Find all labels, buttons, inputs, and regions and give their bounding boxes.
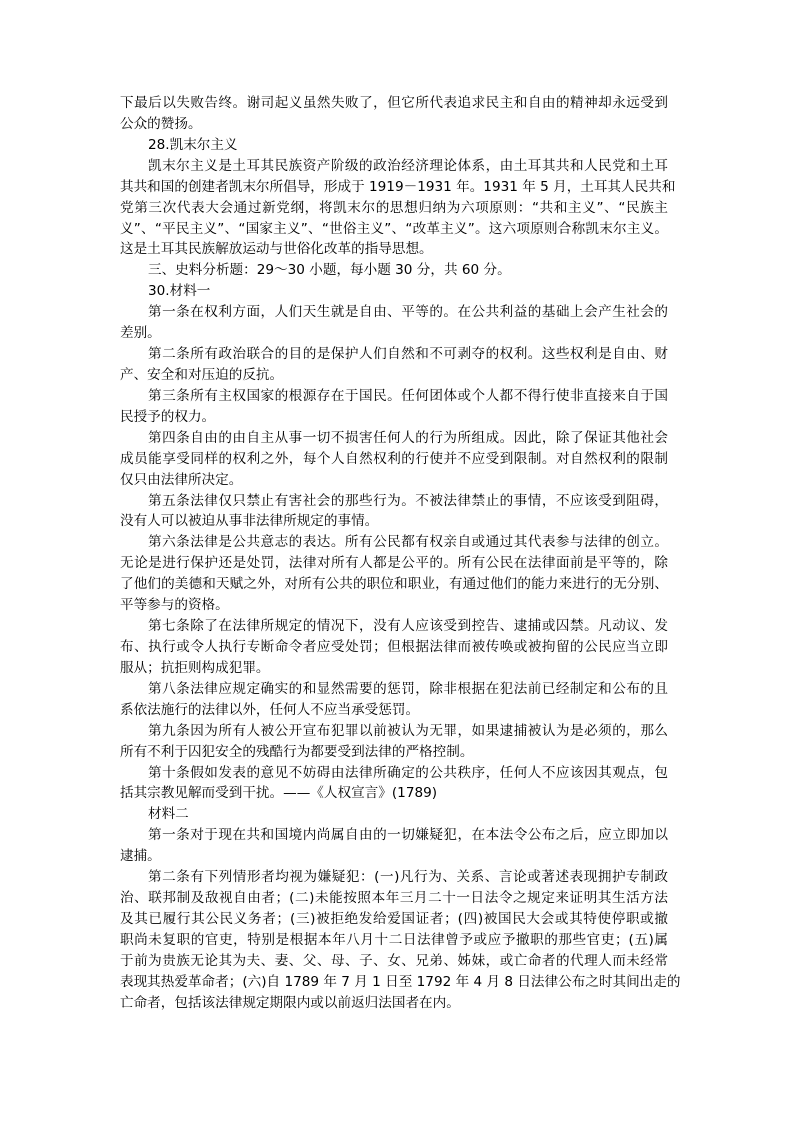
text-line: 职尚未复职的官吏，特别是根据本年八月十二日法律曾予或应予撤职的那些官吏；(五)属 xyxy=(120,930,668,951)
text-line: 布、执行或令人执行专断命令者应受处罚；但根据法律而被传唤或被拘留的公民应当立即 xyxy=(120,637,668,658)
text-line: 第六条法律是公共意志的表达。所有公民都有权亲自或通过其代表参与法律的创立。 xyxy=(120,532,668,553)
text-line: 第十条假如发表的意见不妨碍由法律所确定的公共秩序，任何人不应该因其观点，包 xyxy=(120,763,668,784)
text-line: 第七条除了在法律所规定的情况下，没有人应该受到控告、逮捕或囚禁。凡动议、发 xyxy=(120,616,668,637)
text-line: 无论是进行保护还是处罚，法律对所有人都是公平的。所有公民在法律面前是平等的，除 xyxy=(120,553,668,574)
text-line: 28.凯末尔主义 xyxy=(120,135,668,156)
text-line: 第四条自由的由自主从事一切不损害任何人的行为所组成。因此，除了保证其他社会 xyxy=(120,428,668,449)
text-line: 义”、“平民主义”、“国家主义”、“世俗主义”、“改革主义”。这六项原则合称凯末… xyxy=(120,219,668,240)
text-line: 三、史料分析题：29～30 小题，每小题 30 分，共 60 分。 xyxy=(120,260,668,281)
document-page: 下最后以失败告终。谢司起义虽然失败了，但它所代表追求民主和自由的精神却永远受到公… xyxy=(120,93,668,1014)
text-line: 于前为贵族无论其为夫、妻、父、母、子、女、兄弟、姊妹，或亡命者的代理人而未经常 xyxy=(120,951,668,972)
text-line: 第三条所有主权国家的根源存在于国民。任何团体或个人都不得行使非直接来自于国 xyxy=(120,386,668,407)
text-line: 这是土耳其民族解放运动与世俗化改革的指导思想。 xyxy=(120,239,668,260)
text-line: 第八条法律应规定确实的和显然需要的惩罚，除非根据在犯法前已经制定和公布的且 xyxy=(120,679,668,700)
text-line: 系依法施行的法律以外，任何人不应当承受惩罚。 xyxy=(120,700,668,721)
text-line: 下最后以失败告终。谢司起义虽然失败了，但它所代表追求民主和自由的精神却永远受到 xyxy=(120,93,668,114)
text-line: 所有不利于囚犯安全的残酷行为都要受到法律的严格控制。 xyxy=(120,742,668,763)
text-line: 30.材料一 xyxy=(120,281,668,302)
text-line: 服从；抗拒则构成犯罪。 xyxy=(120,658,668,679)
text-line: 第九条因为所有人被公开宣布犯罪以前被认为无罪，如果逮捕被认为是必须的，那么 xyxy=(120,721,668,742)
text-line: 平等参与的资格。 xyxy=(120,595,668,616)
text-line: 没有人可以被迫从事非法律所规定的事情。 xyxy=(120,511,668,532)
text-line: 表现其热爱革命者；(六)自 1789 年 7 月 1 日至 1792 年 4 月… xyxy=(120,972,668,993)
text-line: 逮捕。 xyxy=(120,846,668,867)
text-line: 产、安全和对压迫的反抗。 xyxy=(120,365,668,386)
text-line: 第一条在权利方面，人们天生就是自由、平等的。在公共利益的基础上会产生社会的 xyxy=(120,302,668,323)
text-line: 党第三次代表大会通过新党纲，将凯末尔的思想归纳为六项原则：“共和主义”、“民族主 xyxy=(120,198,668,219)
text-line: 亡命者，包括该法律规定期限内或以前返归法国者在内。 xyxy=(120,993,668,1014)
text-line: 及其已履行其公民义务者；(三)被拒绝发给爱国证者；(四)被国民大会或其特使停职或… xyxy=(120,909,668,930)
text-line: 公众的赞扬。 xyxy=(120,114,668,135)
text-line: 第二条所有政治联合的目的是保护人们自然和不可剥夺的权利。这些权利是自由、财 xyxy=(120,344,668,365)
text-line: 括其宗教见解而受到干扰。——《人权宣言》(1789) xyxy=(120,783,668,804)
text-line: 第五条法律仅只禁止有害社会的那些行为。不被法律禁止的事情，不应该受到阻碍， xyxy=(120,491,668,512)
text-line: 凯末尔主义是土耳其民族资产阶级的政治经济理论体系，由土耳其共和人民党和土耳 xyxy=(120,156,668,177)
text-line: 其共和国的创建者凯末尔所倡导，形成于 1919－1931 年。1931 年 5 … xyxy=(120,177,668,198)
text-line: 第一条对于现在共和国境内尚属自由的一切嫌疑犯，在本法令公布之后，应立即加以 xyxy=(120,825,668,846)
text-line: 治、联邦制及敌视自由者；(二)未能按照本年三月二十一日法令之规定来证明其生活方法 xyxy=(120,888,668,909)
text-line: 差别。 xyxy=(120,323,668,344)
text-line: 第二条有下列情形者均视为嫌疑犯：(一)凡行为、关系、言论或著述表现拥护专制政 xyxy=(120,867,668,888)
text-line: 民授予的权力。 xyxy=(120,407,668,428)
text-line: 仅只由法律所决定。 xyxy=(120,470,668,491)
text-line: 成员能享受同样的权利之外，每个人自然权利的行使并不应受到限制。对自然权利的限制 xyxy=(120,449,668,470)
text-line: 了他们的美德和天赋之外，对所有公共的职位和职业，有通过他们的能力来进行的无分别、 xyxy=(120,574,668,595)
text-line: 材料二 xyxy=(120,804,668,825)
